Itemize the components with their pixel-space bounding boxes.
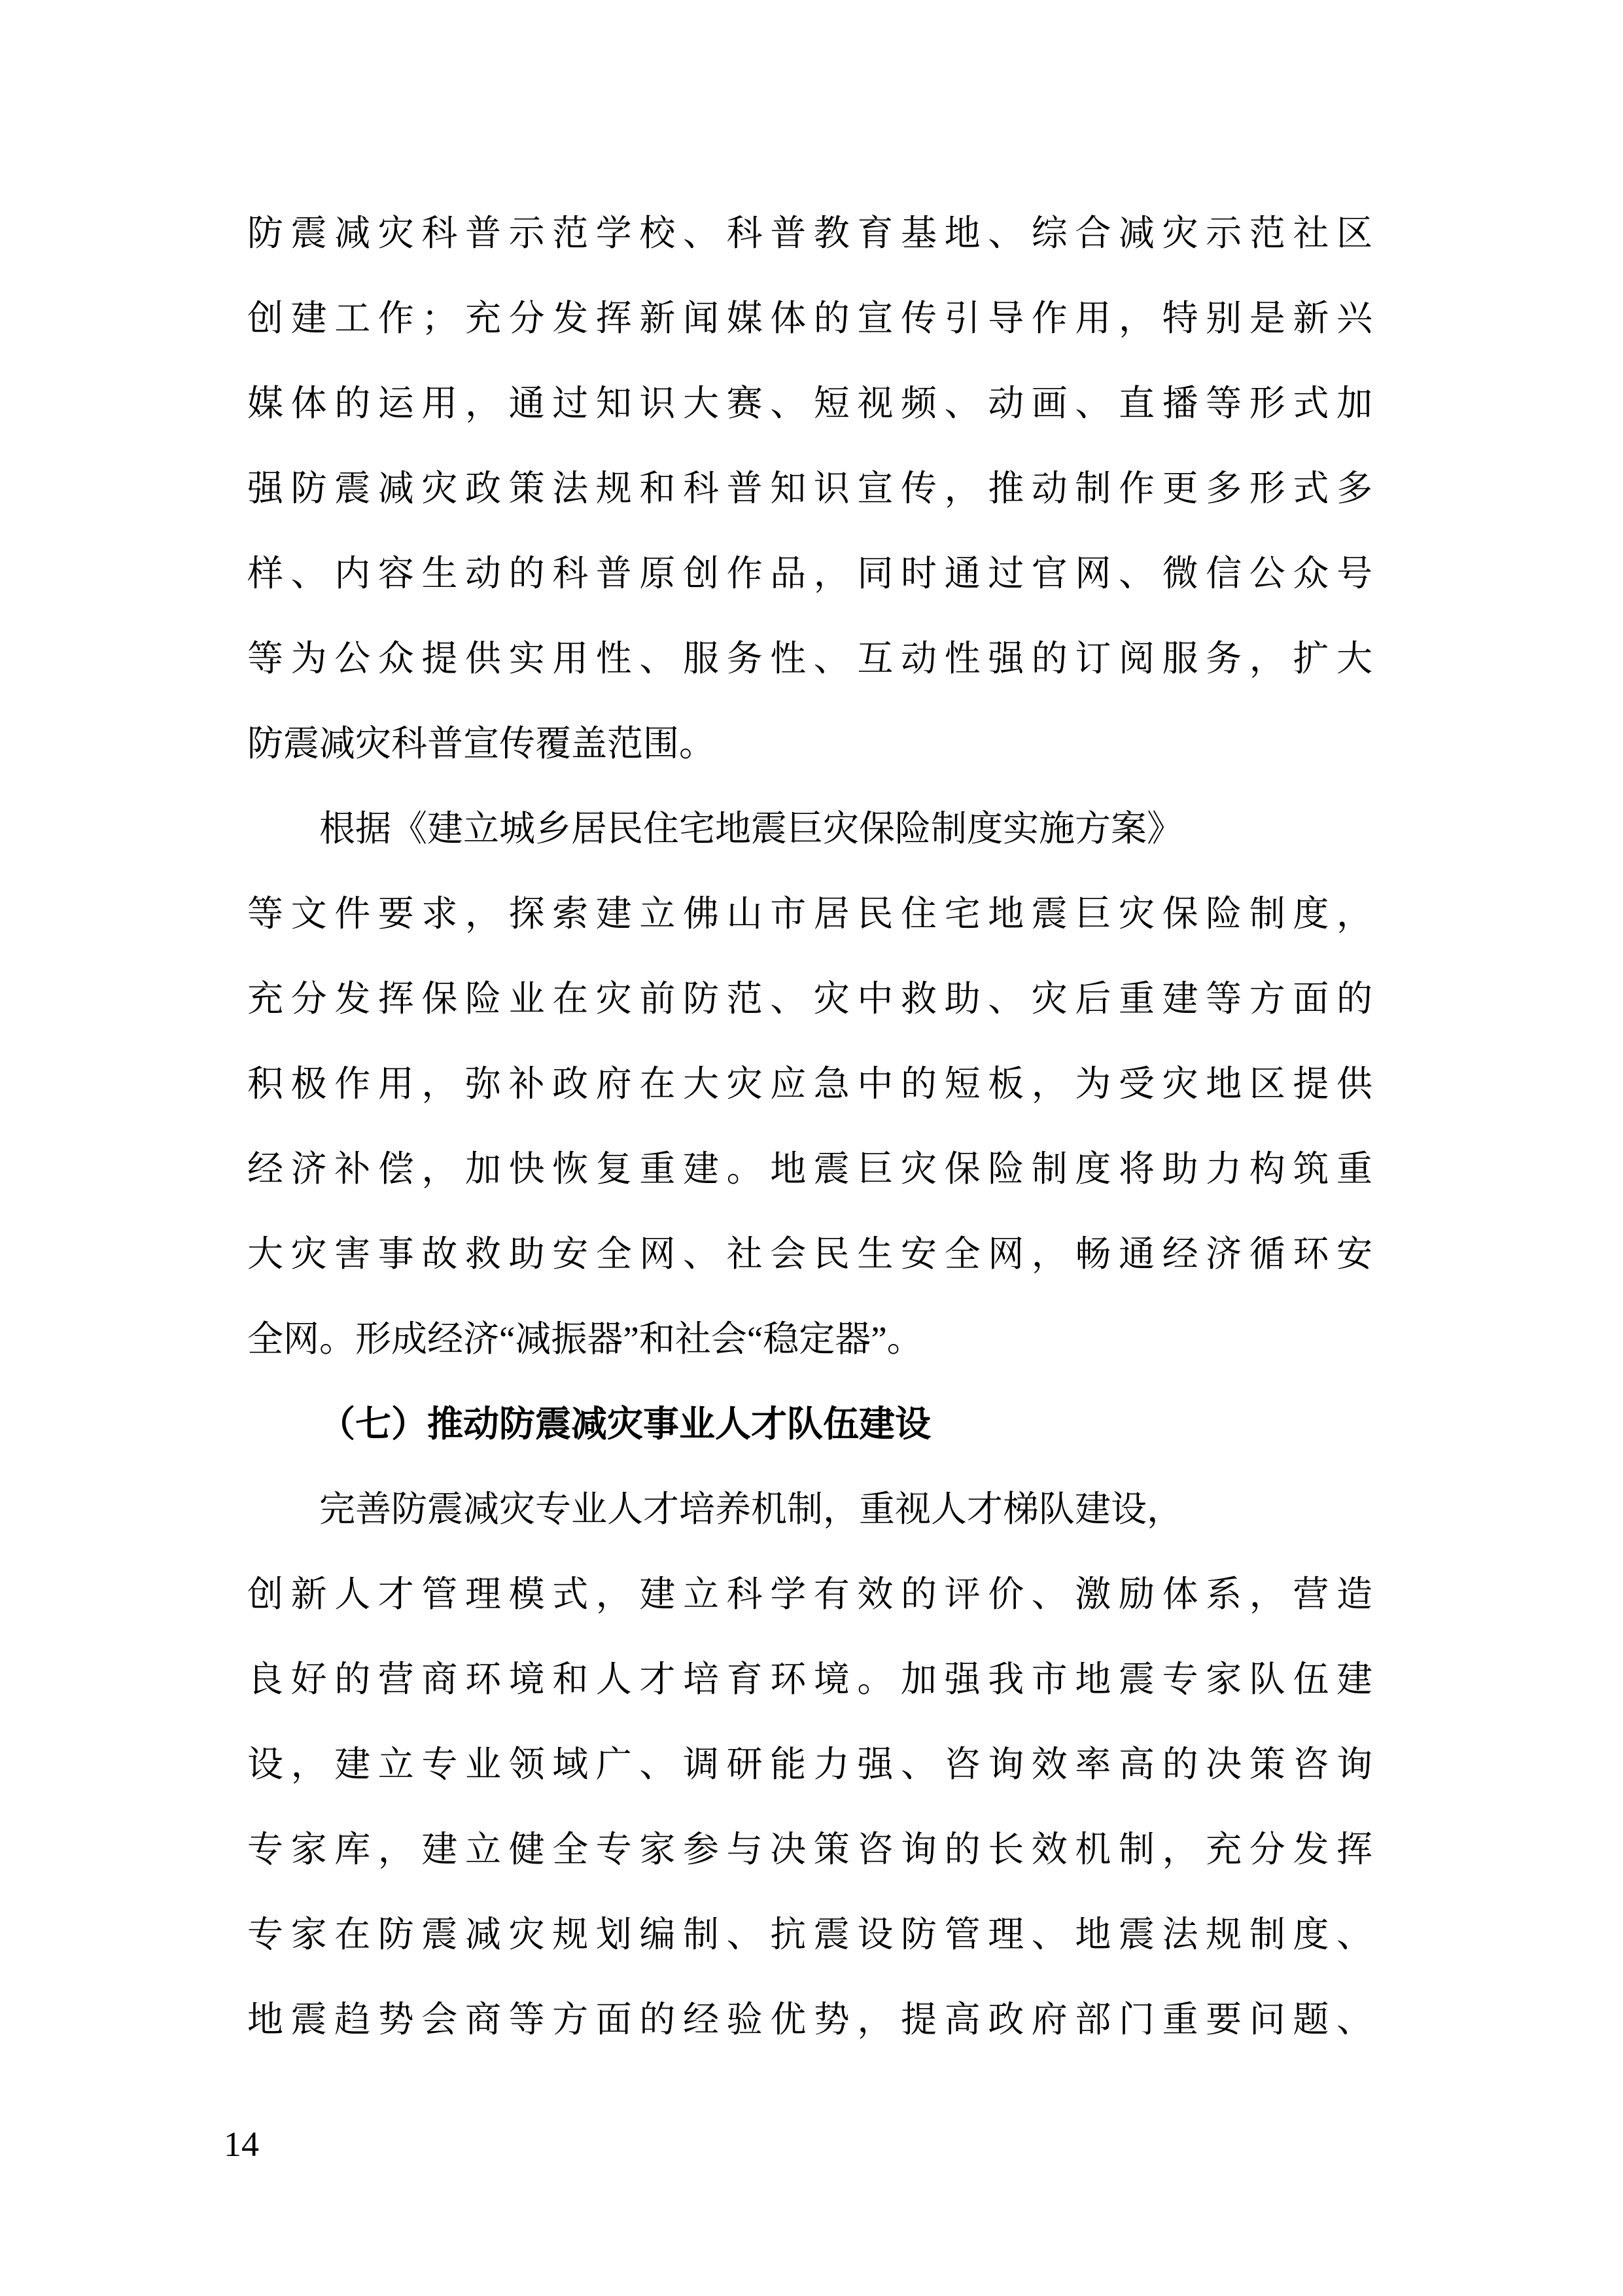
page-number: 14 xyxy=(224,2127,259,2162)
text-line: 完善防震减灾专业人才培养机制，重视人才梯队建设， xyxy=(247,1467,1372,1552)
text-line: 样、内容生动的科普原创作品，同时通过官网、微信公众号 xyxy=(247,531,1372,616)
text-line: 根据《建立城乡居民住宅地震巨灾保险制度实施方案》 xyxy=(247,786,1372,872)
text-line: 防震减灾科普示范学校、科普教育基地、综合减灾示范社区 xyxy=(247,191,1372,276)
text-line: 良好的营商环境和人才培育环境。加强我市地震专家队伍建 xyxy=(247,1637,1372,1722)
text-line: 经济补偿，加快恢复重建。地震巨灾保险制度将助力构筑重 xyxy=(247,1127,1372,1212)
text-line: 防震减灾科普宣传覆盖范围。 xyxy=(247,701,1372,786)
text-line: 创新人才管理模式，建立科学有效的评价、激励体系，营造 xyxy=(247,1552,1372,1637)
text-line: 地震趋势会商等方面的经验优势，提高政府部门重要问题、 xyxy=(247,1977,1372,2062)
text-line: 设，建立专业领域广、调研能力强、咨询效率高的决策咨询 xyxy=(247,1722,1372,1807)
document-body: 防震减灾科普示范学校、科普教育基地、综合减灾示范社区创建工作；充分发挥新闻媒体的… xyxy=(247,191,1372,2062)
document-page: 防震减灾科普示范学校、科普教育基地、综合减灾示范社区创建工作；充分发挥新闻媒体的… xyxy=(0,0,1623,2296)
text-line: 媒体的运用，通过知识大赛、短视频、动画、直播等形式加 xyxy=(247,361,1372,446)
text-line: 强防震减灾政策法规和科普知识宣传，推动制作更多形式多 xyxy=(247,446,1372,531)
text-line: 充分发挥保险业在灾前防范、灾中救助、灾后重建等方面的 xyxy=(247,957,1372,1042)
text-line: 等文件要求，探索建立佛山市居民住宅地震巨灾保险制度， xyxy=(247,872,1372,957)
text-line: （七）推动防震减灾事业人才队伍建设 xyxy=(247,1382,1372,1467)
text-line: 专家库，建立健全专家参与决策咨询的长效机制，充分发挥 xyxy=(247,1807,1372,1892)
text-line: 等为公众提供实用性、服务性、互动性强的订阅服务，扩大 xyxy=(247,616,1372,701)
text-line: 积极作用，弥补政府在大灾应急中的短板，为受灾地区提供 xyxy=(247,1042,1372,1127)
text-line: 创建工作；充分发挥新闻媒体的宣传引导作用，特别是新兴 xyxy=(247,276,1372,361)
text-line: 大灾害事故救助安全网、社会民生安全网，畅通经济循环安 xyxy=(247,1212,1372,1297)
text-line: 全网。形成经济“减振器”和社会“稳定器”。 xyxy=(247,1297,1372,1382)
text-line: 专家在防震减灾规划编制、抗震设防管理、地震法规制度、 xyxy=(247,1892,1372,1977)
